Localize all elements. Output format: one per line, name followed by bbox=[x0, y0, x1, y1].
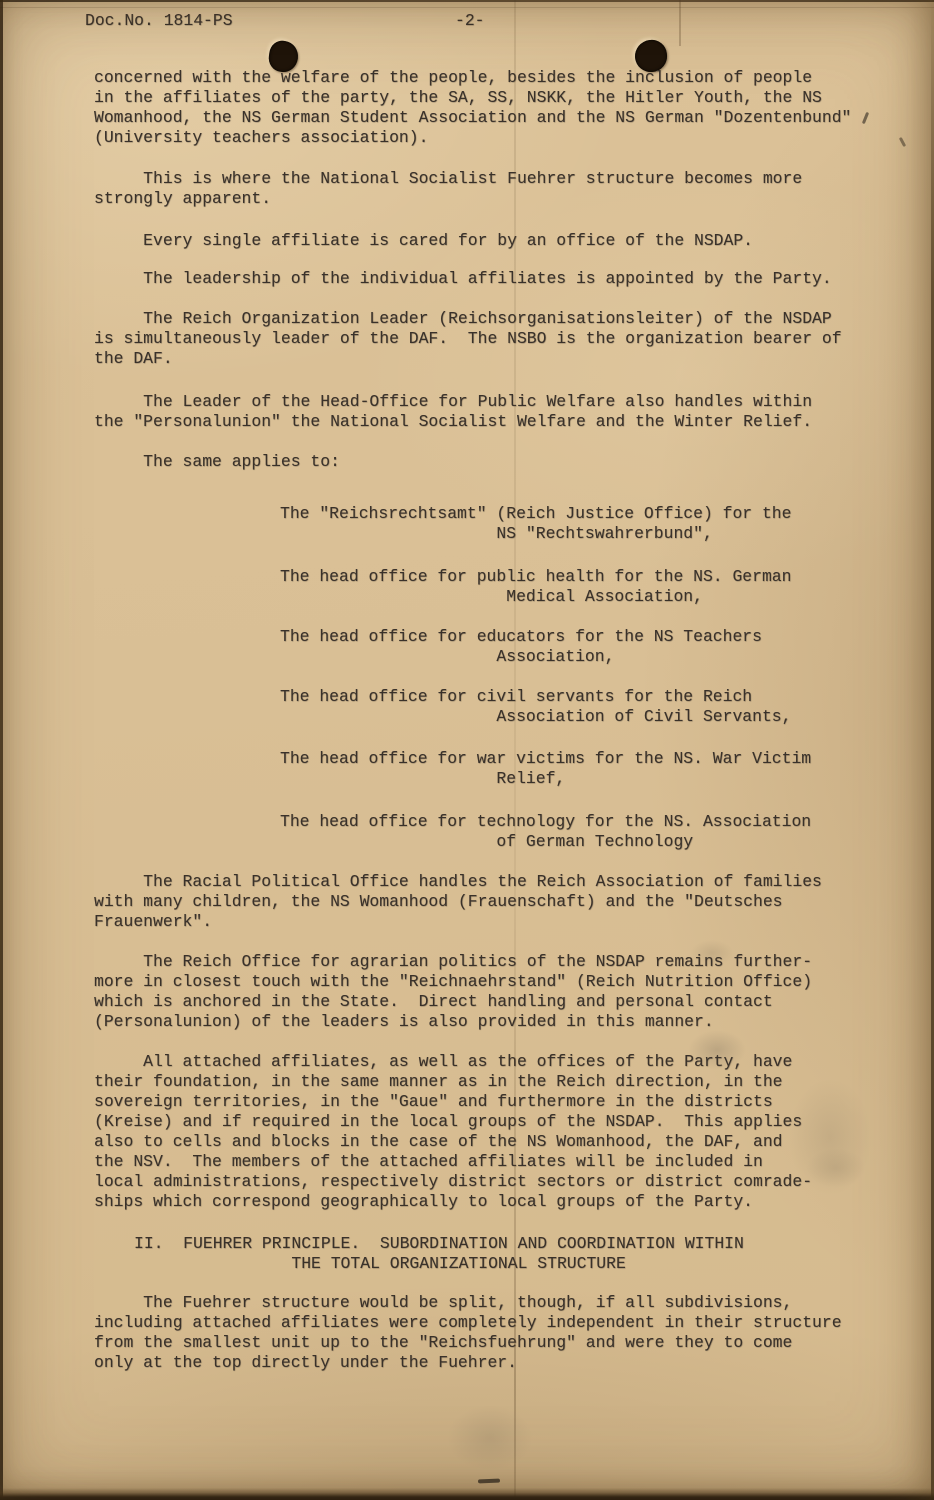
paragraph-affiliates: concerned with the welfare of the people… bbox=[94, 68, 851, 148]
list-item-educators: The head office for educators for the NS… bbox=[280, 627, 762, 667]
vertical-crease-top bbox=[679, 0, 681, 46]
paragraph-fuehrer-split: The Fuehrer structure would be split, th… bbox=[94, 1293, 842, 1373]
page-edge-left bbox=[0, 0, 3, 1500]
paragraph-leadership: The leadership of the individual affilia… bbox=[94, 269, 832, 289]
vertical-fold-crease bbox=[514, 0, 516, 1500]
page-edge-bottom bbox=[0, 1488, 934, 1500]
list-item-reich-justice: The "Reichsrechtsamt" (Reich Justice Off… bbox=[280, 504, 791, 544]
paragraph-racial-political-office: The Racial Political Office handles the … bbox=[94, 872, 822, 932]
paragraph-same-applies: The same applies to: bbox=[94, 452, 340, 472]
page-number: -2- bbox=[455, 11, 485, 31]
list-item-civil-servants: The head office for civil servants for t… bbox=[280, 687, 791, 727]
stray-mark bbox=[862, 112, 869, 124]
scanned-document-page: Doc.No. 1814-PS -2- concerned with the w… bbox=[0, 0, 934, 1500]
paragraph-agrarian-politics: The Reich Office for agrarian politics o… bbox=[94, 952, 812, 1032]
list-item-technology: The head office for technology for the N… bbox=[280, 812, 811, 852]
list-item-public-health: The head office for public health for th… bbox=[280, 567, 791, 607]
paragraph-reich-org-leader: The Reich Organization Leader (Reichsorg… bbox=[94, 309, 842, 369]
paragraph-attached-affiliates: All attached affiliates, as well as the … bbox=[94, 1052, 812, 1212]
paragraph-public-welfare: The Leader of the Head-Office for Public… bbox=[94, 392, 812, 432]
horizontal-crease bbox=[0, 7, 934, 8]
page-edge-top bbox=[0, 0, 934, 2]
bottom-smudge bbox=[447, 1405, 533, 1471]
stray-mark bbox=[899, 137, 906, 147]
paragraph-every-affiliate: Every single affiliate is cared for by a… bbox=[94, 231, 753, 251]
document-number: Doc.No. 1814-PS bbox=[85, 11, 233, 31]
ink-smudge bbox=[806, 1148, 866, 1188]
list-item-war-victims: The head office for war victims for the … bbox=[280, 749, 811, 789]
paragraph-fuehrer-structure: This is where the National Socialist Fue… bbox=[94, 169, 802, 209]
stray-pencil-dash bbox=[478, 1479, 500, 1484]
section-heading-fuehrer-principle: II. FUEHRER PRINCIPLE. SUBORDINATION AND… bbox=[134, 1234, 744, 1274]
